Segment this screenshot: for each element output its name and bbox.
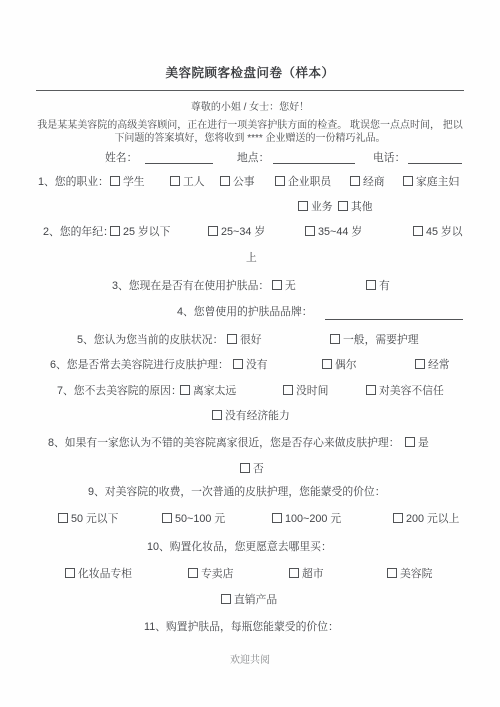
questionnaire-document: 美容院顾客检盘问卷（样本） 尊敬的小姐 / 女士：您好！ 我是某某美容院的高级美… — [0, 0, 500, 707]
option-label: 没有 — [246, 359, 268, 371]
option-label: 是 — [418, 437, 429, 449]
question-8-label: 8、如果有一家您认为不错的美容院离家很近，您是否存心来做皮肤护理： — [48, 436, 400, 451]
option-label: 200 元以上 — [406, 513, 459, 525]
option-q8-no: 否 — [240, 462, 264, 477]
option-occupation-sales: 业务 — [298, 200, 333, 215]
checkbox-icon[interactable] — [208, 226, 218, 236]
question-8-row-2: 否 — [0, 462, 500, 477]
question-10-label: 10、购置化妆品，您更愿意去哪里买： — [147, 540, 332, 555]
option-label: 其他 — [351, 201, 373, 213]
question-10-options-row: 化妆品专柜 专卖店 超市 美容院 — [0, 567, 500, 582]
option-label: 学生 — [123, 176, 145, 188]
option-label: 没时间 — [296, 385, 328, 397]
checkbox-icon[interactable] — [233, 359, 243, 369]
option-label: 25~34 岁 — [221, 226, 265, 238]
checkbox-icon[interactable] — [298, 201, 308, 211]
option-buy-cosmetics-counter: 化妆品专柜 — [65, 567, 132, 582]
checkbox-icon[interactable] — [393, 513, 403, 523]
checkbox-icon[interactable] — [413, 226, 423, 236]
question-11-row: 11、购置护肤品，每瓶您能蒙受的价位： — [0, 620, 500, 635]
title-row: 美容院顾客检盘问卷（样本） — [0, 66, 500, 81]
option-visit-never: 没有 — [233, 358, 268, 373]
option-skincare-no: 无 — [272, 279, 296, 294]
option-price-100-200: 100~200 元 — [272, 512, 341, 527]
question-1-row-2: 业务 其他 — [0, 200, 500, 215]
option-label: 偶尔 — [335, 359, 357, 371]
name-field-label: 姓名： — [105, 151, 137, 166]
option-reason-distrust: 对美容不信任 — [366, 384, 444, 399]
checkbox-icon[interactable] — [188, 568, 198, 578]
option-age-under-25: 25 岁以下 — [110, 225, 170, 240]
question-1-label: 1、您的职业： — [38, 175, 109, 190]
checkbox-icon[interactable] — [415, 359, 425, 369]
checkbox-icon[interactable] — [322, 359, 332, 369]
option-label: 35~44 岁 — [318, 226, 362, 238]
intro-line-1: 我是某某美容院的高级美容顾问，正在进行一项美容护肤方面的检查。 耽误您一点点时间… — [37, 120, 463, 131]
question-9-row: 9、对美容院的收费，一次普通的皮肤护理，您能蒙受的价位： — [0, 485, 500, 500]
checkbox-icon[interactable] — [58, 513, 68, 523]
question-2-label: 2、您的年纪： — [43, 225, 114, 240]
option-visit-often: 经常 — [415, 358, 450, 373]
checkbox-icon[interactable] — [272, 280, 282, 290]
checkbox-icon[interactable] — [110, 176, 120, 186]
question-5-row: 5、您认为您当前的皮肤状况： 很好 一般，需要护理 — [0, 333, 500, 348]
option-label: 对美容不信任 — [379, 385, 444, 397]
option-label: 25 岁以下 — [123, 226, 170, 238]
checkbox-icon[interactable] — [283, 385, 293, 395]
checkbox-icon[interactable] — [350, 176, 360, 186]
option-age-25-34: 25~34 岁 — [208, 225, 265, 240]
option-label: 美容院 — [400, 568, 432, 580]
option-label: 50 元以下 — [71, 513, 118, 525]
option-occupation-other: 其他 — [338, 200, 373, 215]
name-input-line[interactable] — [145, 153, 213, 164]
option-reason-far: 离家太远 — [180, 384, 236, 399]
checkbox-icon[interactable] — [275, 176, 285, 186]
option-age-45-plus-wrap: 上 — [246, 251, 257, 266]
option-occupation-company-staff: 企业职员 — [275, 175, 331, 190]
option-visit-occasionally: 偶尔 — [322, 358, 357, 373]
option-label: 有 — [379, 280, 390, 292]
option-q8-yes: 是 — [405, 436, 429, 451]
question-3-label: 3、您现在是否有在使用护肤品： — [112, 279, 269, 294]
checkbox-icon[interactable] — [65, 568, 75, 578]
checkbox-icon[interactable] — [405, 437, 415, 447]
footer-text: 欢迎共阅 — [230, 655, 270, 666]
question-1-row: 1、您的职业： 学生 工人 公事 企业职员 经商 家庭主妇 — [0, 175, 500, 190]
question-6-label: 6、您是否常去美容院进行皮肤护理： — [50, 358, 229, 373]
option-buy-beauty-salon: 美容院 — [387, 567, 432, 582]
option-label: 公事 — [233, 176, 255, 188]
checkbox-icon[interactable] — [305, 226, 315, 236]
question-3-row: 3、您现在是否有在使用护肤品： 无 有 — [0, 279, 500, 294]
location-input-line[interactable] — [273, 153, 355, 164]
footer-row: 欢迎共阅 — [0, 653, 500, 668]
option-skincare-yes: 有 — [366, 279, 390, 294]
option-occupation-housewife: 家庭主妇 — [403, 175, 459, 190]
title-divider — [36, 90, 464, 91]
option-label: 直销产品 — [234, 594, 277, 606]
checkbox-icon[interactable] — [212, 410, 222, 420]
question-9-label: 9、对美容院的收费，一次普通的皮肤护理，您能蒙受的价位： — [88, 485, 386, 500]
option-label: 经常 — [428, 359, 450, 371]
question-4-row: 4、您曾使用的护肤品品牌： — [0, 305, 500, 320]
option-label: 家庭主妇 — [416, 176, 459, 188]
option-label: 企业职员 — [288, 176, 331, 188]
option-occupation-worker: 工人 — [170, 175, 205, 190]
question-10-row-2: 直销产品 — [0, 593, 500, 608]
greeting-row: 尊敬的小姐 / 女士：您好！ — [0, 100, 500, 115]
question-2-wrap-row: 上 — [0, 251, 500, 266]
option-price-under-50: 50 元以下 — [58, 512, 118, 527]
question-5-label: 5、您认为您当前的皮肤状况： — [77, 333, 223, 348]
option-label: 经商 — [363, 176, 385, 188]
option-label: 无 — [285, 280, 296, 292]
phone-field-label: 电话： — [373, 151, 405, 166]
option-label: 业务 — [311, 201, 333, 213]
checkbox-icon[interactable] — [366, 280, 376, 290]
option-label: 45 岁以 — [426, 226, 463, 238]
checkbox-icon[interactable] — [220, 176, 230, 186]
question-7-row: 7、您不去美容院的原因： 离家太远 没时间 对美容不信任 — [0, 384, 500, 399]
option-label: 否 — [253, 463, 264, 475]
option-skin-good: 很好 — [227, 333, 262, 348]
option-label: 一般，需要护理 — [343, 334, 419, 346]
option-age-35-44: 35~44 岁 — [305, 225, 362, 240]
option-label: 专卖店 — [201, 568, 233, 580]
question-8-row: 8、如果有一家您认为不错的美容院离家很近，您是否存心来做皮肤护理： 是 — [0, 436, 500, 451]
checkbox-icon[interactable] — [180, 385, 190, 395]
checkbox-icon[interactable] — [366, 385, 376, 395]
checkbox-icon[interactable] — [330, 334, 340, 344]
intro-line-2: 下问题的答案填好，您将收到 **** 企业赠送的一份精巧礼品。 — [114, 133, 385, 144]
greeting-text: 尊敬的小姐 / 女士：您好！ — [191, 102, 309, 113]
checkbox-icon[interactable] — [227, 334, 237, 344]
option-occupation-business: 经商 — [350, 175, 385, 190]
option-reason-no-money: 没有经济能力 — [212, 409, 290, 424]
option-label: 50~100 元 — [175, 513, 225, 525]
option-label: 很好 — [240, 334, 262, 346]
checkbox-icon[interactable] — [162, 513, 172, 523]
checkbox-icon[interactable] — [289, 568, 299, 578]
option-occupation-public-affairs: 公事 — [220, 175, 255, 190]
question-7-row-2: 没有经济能力 — [0, 409, 500, 424]
checkbox-icon[interactable] — [338, 201, 348, 211]
phone-input-line[interactable] — [408, 153, 462, 164]
checkbox-icon[interactable] — [170, 176, 180, 186]
question-2-row: 2、您的年纪： 25 岁以下 25~34 岁 35~44 岁 45 岁以 — [0, 225, 500, 240]
option-label: 100~200 元 — [285, 513, 341, 525]
option-buy-direct-sales: 直销产品 — [221, 593, 277, 608]
page-title: 美容院顾客检盘问卷（样本） — [165, 66, 334, 80]
question-7-label: 7、您不去美容院的原因： — [57, 384, 182, 399]
option-buy-specialty-store: 专卖店 — [188, 567, 233, 582]
option-label: 工人 — [183, 176, 205, 188]
intro-row-2: 下问题的答案填好，您将收到 **** 企业赠送的一份精巧礼品。 — [0, 131, 500, 146]
brand-input-line[interactable] — [325, 309, 463, 320]
checkbox-icon[interactable] — [403, 176, 413, 186]
checkbox-icon[interactable] — [387, 568, 397, 578]
question-4-label: 4、您曾使用的护肤品品牌： — [177, 305, 313, 320]
option-buy-supermarket: 超市 — [289, 567, 324, 582]
option-label: 没有经济能力 — [225, 410, 290, 422]
option-reason-no-time: 没时间 — [283, 384, 328, 399]
checkbox-icon[interactable] — [272, 513, 282, 523]
option-price-over-200: 200 元以上 — [393, 512, 459, 527]
question-10-row: 10、购置化妆品，您更愿意去哪里买： — [0, 540, 500, 555]
contact-fields-row: 姓名： 地点： 电话： — [0, 151, 500, 166]
checkbox-icon[interactable] — [221, 594, 231, 604]
option-occupation-student: 学生 — [110, 175, 145, 190]
option-label: 离家太远 — [193, 385, 236, 397]
option-label: 化妆品专柜 — [78, 568, 132, 580]
question-6-row: 6、您是否常去美容院进行皮肤护理： 没有 偶尔 经常 — [0, 358, 500, 373]
option-price-50-100: 50~100 元 — [162, 512, 225, 527]
option-skin-average: 一般，需要护理 — [330, 333, 419, 348]
option-age-45-plus: 45 岁以 — [413, 225, 463, 240]
question-11-label: 11、购置护肤品，每瓶您能蒙受的价位： — [144, 620, 339, 635]
checkbox-icon[interactable] — [240, 463, 250, 473]
checkbox-icon[interactable] — [110, 226, 120, 236]
question-9-options-row: 50 元以下 50~100 元 100~200 元 200 元以上 — [0, 512, 500, 527]
location-field-label: 地点： — [237, 151, 269, 166]
option-label: 超市 — [302, 568, 324, 580]
